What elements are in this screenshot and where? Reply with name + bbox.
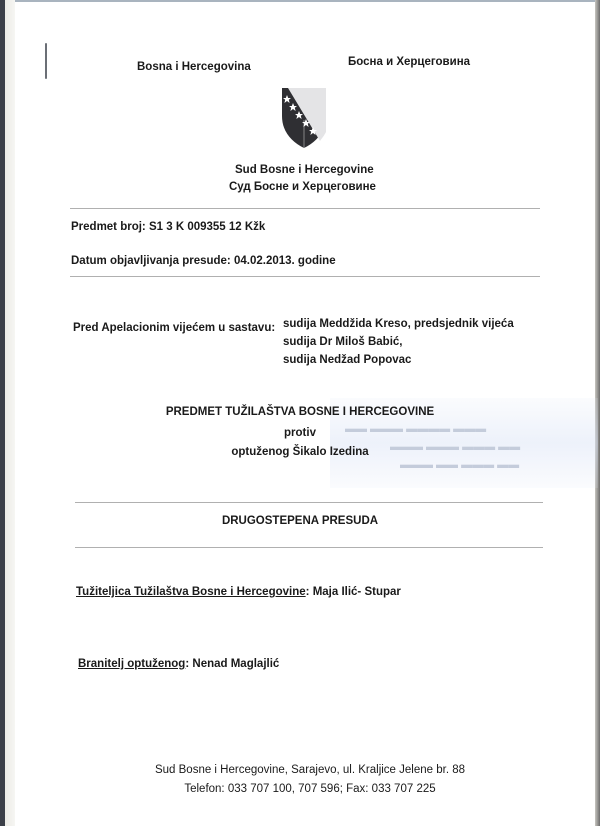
verdict-title: DRUGOSTEPENA PRESUDA [150, 515, 450, 527]
country-name-latin: Bosna i Hercegovina [137, 61, 251, 73]
prosecutor-label: Tužiteljica Tužilaštva Bosne i Hercegovi… [76, 586, 306, 598]
defender-label: Branitelj optuženog [78, 658, 185, 670]
bih-coat-of-arms-icon [278, 86, 330, 150]
case-defendant: optuženog Šikalo Izedina [150, 446, 450, 458]
panel-member: sudija Dr Miloš Babić, [283, 336, 403, 348]
panel-member: sudija Nedžad Popovac [283, 354, 411, 366]
divider [75, 547, 543, 548]
footer-contact: Telefon: 033 707 100, 707 596; Fax: 033 … [100, 783, 520, 795]
footer-address: Sud Bosne i Hercegovine, Sarajevo, ul. K… [100, 764, 520, 776]
divider [70, 276, 540, 277]
case-title-versus: protiv [150, 427, 450, 439]
prosecutor-value: Maja Ilić- Stupar [313, 586, 401, 598]
country-name-cyrillic: Босна и Херцеговина [348, 56, 470, 68]
defender-line: Branitelj optuženog: Nenad Maglajlić [78, 658, 279, 670]
prosecutor-line: Tužiteljica Tužilaštva Bosne i Hercegovi… [76, 586, 401, 598]
pen-mark [45, 43, 47, 79]
scan-left-paper-edge [5, 0, 15, 826]
divider [70, 208, 540, 209]
court-name-cyrillic: Суд Босне и Херцеговине [229, 181, 376, 193]
panel-label: Pred Apelacionim vijećem u sastavu: [73, 322, 275, 334]
case-title: PREDMET TUŽILAŠTVA BOSNE I HERCEGOVINE [150, 406, 450, 418]
panel-member: sudija Meddžida Kreso, predsjednik vijeć… [283, 318, 514, 330]
bleed-through-text: ▬▬▬ ▬▬ ▬▬▬ ▬▬ [400, 459, 519, 471]
publication-date-label: Datum objavljivanja presude: [71, 255, 231, 267]
defender-value: Nenad Maglajlić [192, 658, 279, 670]
scan-top-edge [0, 0, 600, 2]
publication-date-value: 04.02.2013. godine [234, 255, 336, 267]
defender-colon: : [185, 658, 189, 670]
prosecutor-colon: : [306, 586, 310, 598]
case-number: Predmet broj: S1 3 K 009355 12 Kžk [71, 221, 265, 233]
court-name-latin: Sud Bosne i Hercegovine [235, 164, 374, 176]
publication-date: Datum objavljivanja presude: 04.02.2013.… [71, 255, 336, 267]
case-number-label: Predmet broj: [71, 221, 146, 233]
case-number-value: S1 3 K 009355 12 Kžk [149, 221, 265, 233]
divider [75, 502, 543, 503]
